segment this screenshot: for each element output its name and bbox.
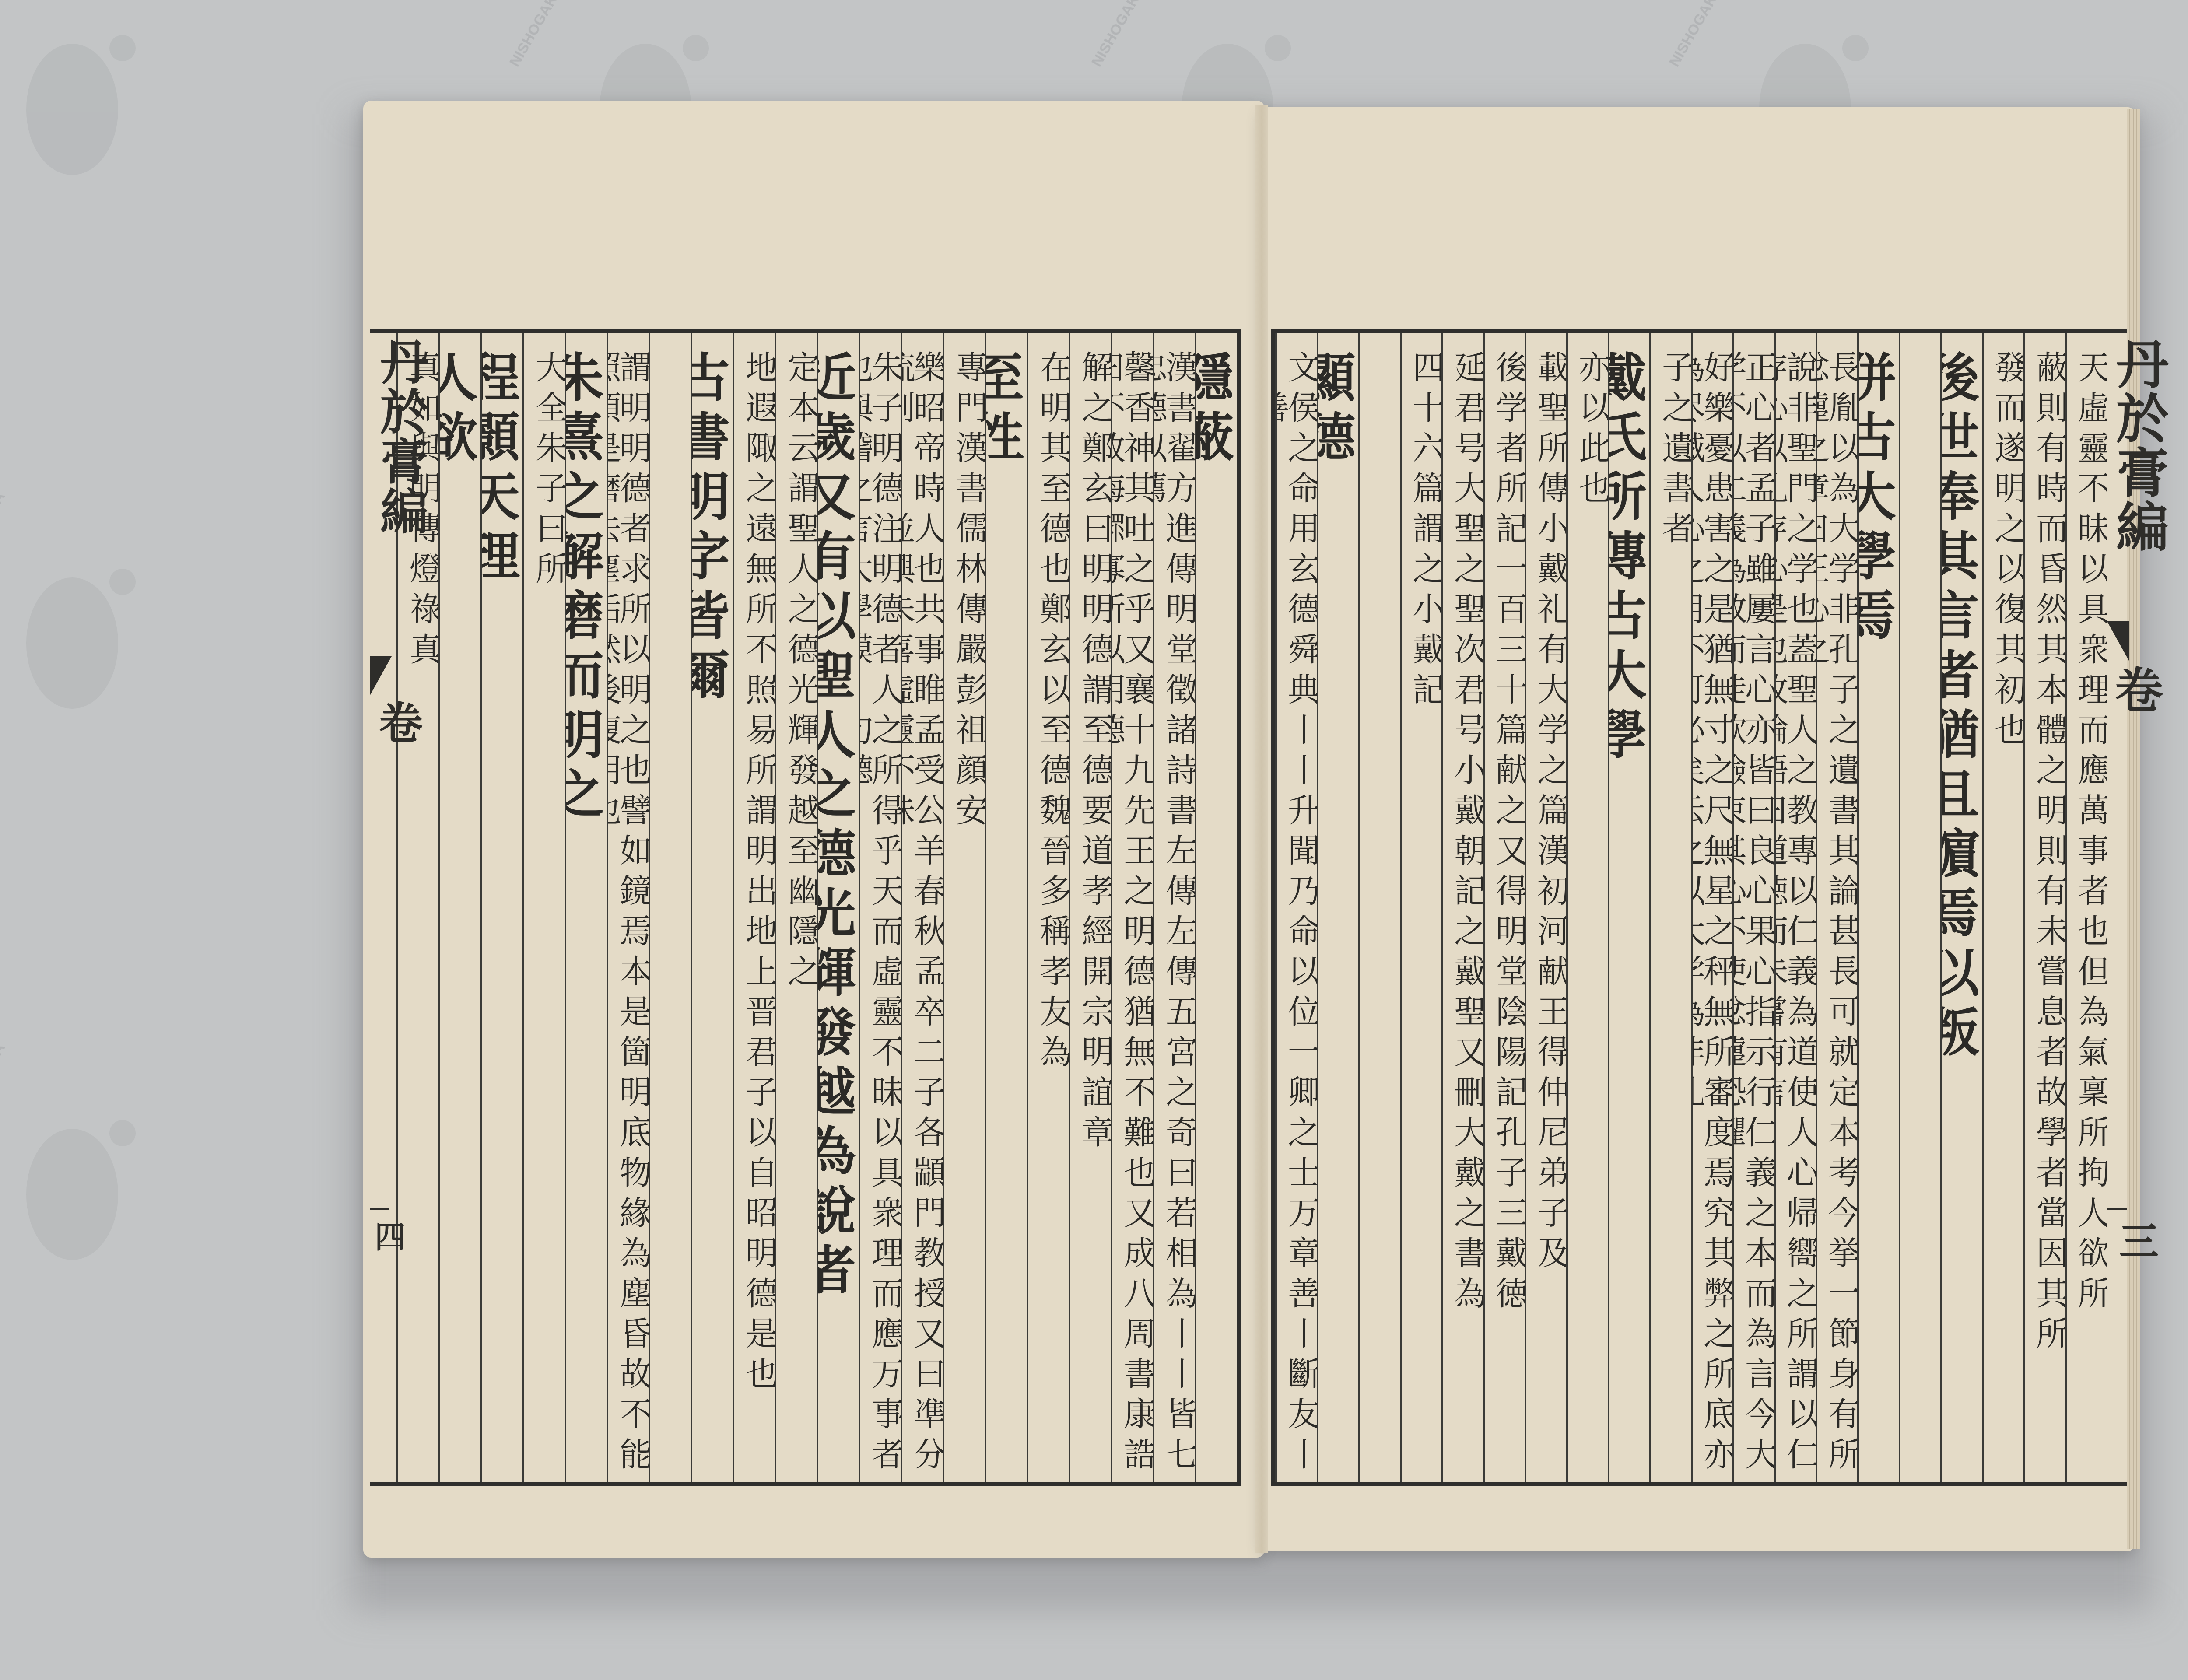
- text-column: 朱子明德注明德者人之所得乎天而虛靈不昧以具衆理而應万事者也與稽之言大學謨丨句聽丨…: [859, 333, 901, 1482]
- text-column: 亦以此也: [1566, 333, 1608, 1482]
- text-column: 子之遺書者: [1649, 333, 1691, 1482]
- fish-tail-mark-icon: [2107, 621, 2129, 661]
- text-column: 蔽則有時而昏然其本體之明則有未嘗息者故學者當因其所: [2023, 333, 2065, 1482]
- watermark-logo: NISHOGAKUSHA: [9, 17, 140, 184]
- text-column: 朱熹之解磨而明之: [565, 333, 607, 1482]
- text-column: [1358, 333, 1400, 1482]
- right-margin-volume: 卷: [2100, 665, 2170, 713]
- right-page-number: 三: [2107, 1221, 2164, 1260]
- text-column: 大全朱子曰所: [522, 333, 565, 1482]
- margin-divider: [2107, 1207, 2127, 1210]
- text-column: 程顥天理: [480, 333, 522, 1482]
- text-column: 戴氏所傳古大學: [1608, 333, 1649, 1482]
- text-column: 隱蔽: [1195, 333, 1237, 1482]
- text-column: 在明其至德也鄭玄以至德魏晉多稱孝友為: [1027, 333, 1069, 1482]
- text-column: 馨香神其吐之乎又襄十九先王之明德猶無不難也又成八周書康誥曰不敢侮鰥寡所以明德: [1111, 333, 1153, 1482]
- text-column: 解之鄭玄曰明明德謂至德要道孝經開宗明誼章: [1069, 333, 1111, 1482]
- left-page-text-frame: 隱蔽漢書翟方進傳明堂徵諸詩書左傳左傳五宮之奇曰若相為丨丨皆七忠德以薦馨香神其吐之…: [370, 329, 1241, 1486]
- text-column: [649, 333, 691, 1482]
- right-margin-title: 丹於膏編: [2100, 337, 2176, 554]
- text-column: [1899, 333, 1940, 1482]
- text-column: 說非聖門之学也蓋聖人之教專以仁義為道使人心帰嚮之所謂以仁存心以礼存心是也故論語曰…: [1774, 333, 1816, 1482]
- text-column: 顯德: [1317, 333, 1358, 1482]
- text-column: 謂明明德者求所以明之也譬如鏡焉本是箇明底物緣為塵昏故不能照須是磨去塵垢然後復明也: [607, 333, 649, 1482]
- text-column: 發而遂明之以復其初也: [1982, 333, 2023, 1482]
- right-page-text-frame: 天虛靈不昧以具衆理而應萬事者也但為氣稟所拘人欲所蔽則有時而昏然其本體之明則有未嘗…: [1271, 329, 2127, 1486]
- text-column: 後世奉其言者猶且濵焉以叛: [1940, 333, 1982, 1482]
- text-column: 樂昭帝時人也共事睢孟受公羊春秋孟卒二子各顓門教授又曰凖分流別丨丨並興朱喜虛靈不昧: [901, 333, 943, 1482]
- text-column: 四十六篇謂之小戴記: [1400, 333, 1441, 1482]
- left-margin-volume: 卷: [366, 700, 429, 744]
- right-page-columns: 天虛靈不昧以具衆理而應萬事者也但為氣稟所拘人欲所蔽則有時而昏然其本體之明則有未嘗…: [1275, 333, 2107, 1482]
- watermark-logo: NISHOGAKUSHA: [9, 551, 140, 717]
- text-column: 人欲: [438, 333, 480, 1482]
- text-column: 至性: [985, 333, 1027, 1482]
- text-column: 漢書翟方進傳明堂徵諸詩書左傳左傳五宮之奇曰若相為丨丨皆七忠德以薦: [1153, 333, 1195, 1482]
- text-column: 古書明字皆爾: [691, 333, 733, 1482]
- book-gutter: [1255, 105, 1268, 1553]
- text-column: 併古大學焉: [1857, 333, 1899, 1482]
- text-column: 正心者孟子雖屢言心亦皆曰良心果心指示行仁義之本而為言今大学不以仁義為教而徒欲檢束…: [1732, 333, 1774, 1482]
- fish-tail-mark-icon: [370, 656, 392, 696]
- text-column: 延君号大聖之聖次君号小戴朝記之戴聖又刪大戴之書為: [1441, 333, 1483, 1482]
- left-margin-title: 丹於膏編: [366, 337, 435, 536]
- text-column: 載聖所傳小戴礼有大学之篇漢初河献王得仲尼弟子及: [1525, 333, 1566, 1482]
- text-column: 後学者所記一百三十篇献之又得明堂陰陽記孔子三戴徳: [1483, 333, 1525, 1482]
- text-column: 近歲又有以聖人之德光輝發越為說者: [817, 333, 859, 1482]
- text-column: 專門漢書儒林傳嚴彭祖顔安: [943, 333, 985, 1482]
- text-column: 好樂憂患害之是猶無寸之尺無星之秤無所審度焉究其弊之所底亦為尽滅人心之用不可必矣云…: [1691, 333, 1732, 1482]
- margin-divider: [370, 1207, 389, 1210]
- text-column: 長胤以為大学非孔子之遺書其論甚長可就定本考今挙一節身有所忿懥之章曰正心之: [1816, 333, 1857, 1482]
- left-page-number: 四: [366, 1221, 410, 1251]
- page-edge-stack: [2127, 109, 2140, 1549]
- text-column: 地遐陬之遠無所不照易所謂明出地上晋君子以自昭明德是也: [733, 333, 775, 1482]
- text-column: 定本云謂聖人之德光輝發越至幽隱之: [775, 333, 817, 1482]
- watermark-logo: NISHOGAKUSHA: [9, 1102, 140, 1269]
- text-column: 文侯之命用玄德舜典丨丨升聞乃命以位一卿之士万章善丨斷友丨丨善丨: [1275, 333, 1317, 1482]
- left-page-columns: 隱蔽漢書翟方進傳明堂徵諸詩書左傳左傳五宮之奇曰若相為丨丨皆七忠德以薦馨香神其吐之…: [396, 333, 1237, 1482]
